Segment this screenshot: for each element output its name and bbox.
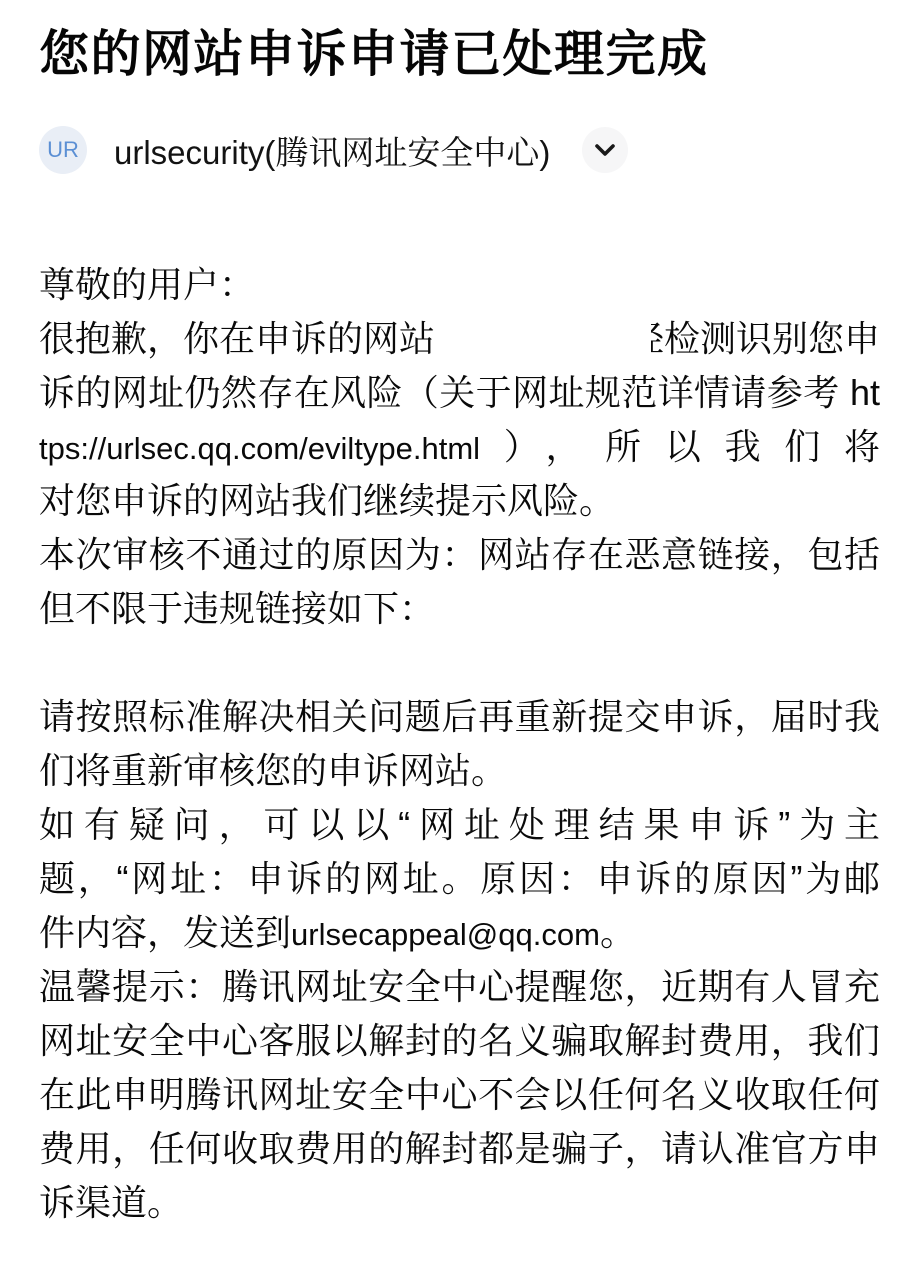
sender-avatar[interactable]: UR bbox=[39, 126, 87, 174]
body-line: 件内容，发送到urlsecappeal@qq.com。 bbox=[39, 906, 880, 960]
body-line: 网址安全中心客服以解封的名义骗取解封费用，我们 bbox=[39, 1014, 880, 1068]
body-line: 请按照标准解决相关问题后再重新提交申诉，届时我 bbox=[39, 690, 880, 744]
email-view: 您的网站申诉申请已处理完成 UR urlsecurity(腾讯网址安全中心) 尊… bbox=[0, 0, 919, 1230]
chevron-down-icon bbox=[594, 143, 616, 157]
email-body: 尊敬的用户：很抱歉，你在申诉的网站经检测识别您申诉的网址仍然存在风险（关于网址规… bbox=[39, 258, 880, 1230]
body-line: 温馨提示：腾讯网址安全中心提醒您，近期有人冒充 bbox=[39, 960, 880, 1014]
body-line: 但不限于违规链接如下： bbox=[39, 582, 880, 636]
body-line: 诉渠道。 bbox=[39, 1176, 880, 1230]
body-line: 如有疑问，可以以“网址处理结果申诉”为主 bbox=[39, 798, 880, 852]
sender-name: urlsecurity(腾讯网址安全中心) bbox=[114, 127, 550, 174]
body-line: 题，“网址：申诉的网址。原因：申诉的原因”为邮 bbox=[39, 852, 880, 906]
body-line: 们将重新审核您的申诉网站。 bbox=[39, 744, 880, 798]
latin-text: urlsecappeal@qq.com bbox=[291, 917, 600, 952]
body-text: 很抱歉，你在申诉的网站 bbox=[39, 312, 435, 366]
body-line: tps://urlsec.qq.com/eviltype.html），所以我们将 bbox=[39, 420, 880, 474]
body-line: 本次审核不通过的原因为：网站存在恶意链接，包括 bbox=[39, 528, 880, 582]
email-subject: 您的网站申诉申请已处理完成 bbox=[39, 26, 880, 83]
body-line: 费用，任何收取费用的解封都是骗子，请认准官方申 bbox=[39, 1122, 880, 1176]
body-line: 在此申明腾讯网址安全中心不会以任何名义收取任何 bbox=[39, 1068, 880, 1122]
body-line-redacted: 很抱歉，你在申诉的网站经检测识别您申 bbox=[39, 312, 880, 366]
body-line: 诉的网址仍然存在风险（关于网址规范详情请参考 ht bbox=[39, 366, 880, 420]
body-line: 尊敬的用户： bbox=[39, 258, 880, 312]
body-line: 对您申诉的网站我们继续提示风险。 bbox=[39, 474, 880, 528]
redacted-char-fragment: 经 bbox=[651, 312, 664, 366]
sender-row: UR urlsecurity(腾讯网址安全中心) bbox=[39, 126, 880, 174]
redacted-links-area bbox=[39, 636, 880, 690]
sender-details-toggle[interactable] bbox=[582, 127, 628, 173]
body-text: 经检测识别您申 bbox=[651, 312, 880, 366]
latin-text: tps://urlsec.qq.com/eviltype.html bbox=[39, 431, 480, 466]
